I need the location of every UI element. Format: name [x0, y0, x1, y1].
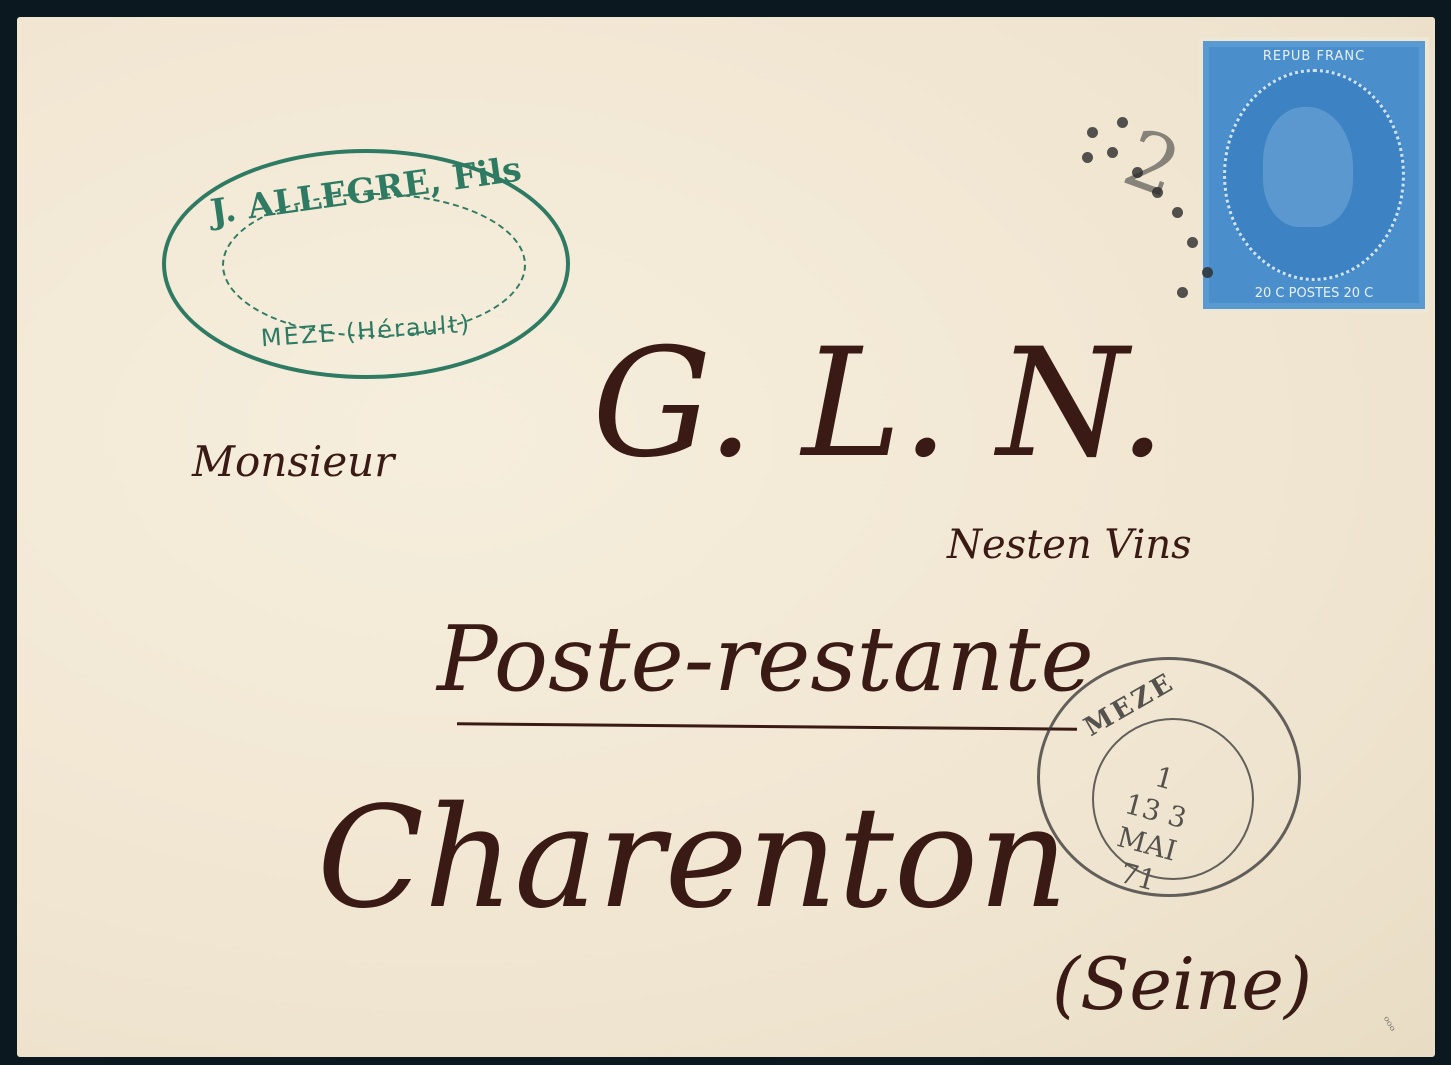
recipient: G. L. N.: [592, 317, 1166, 491]
postage-stamp: REPUB FRANC 20 C POSTES 20 C: [1203, 41, 1425, 309]
delivery-instruction: Poste-restante: [437, 607, 1094, 712]
corner-mark: ᵒᵒᵒ: [1376, 1014, 1398, 1036]
firm-handstamp: J. ALLEGRE, Fils MÈZE (Hérault): [162, 149, 570, 379]
recipient-note: Nesten Vins: [947, 522, 1192, 568]
department: (Seine): [1052, 942, 1312, 1026]
dotted-obliteration: [1077, 107, 1227, 307]
salutation: Monsieur: [192, 437, 394, 486]
stamp-bottom-text: 20 C POSTES 20 C: [1209, 286, 1419, 301]
city: Charenton: [317, 777, 1068, 940]
envelope: REPUB FRANC 20 C POSTES 20 C 2 J. ALLEGR…: [17, 17, 1435, 1057]
ceres-head-icon: [1263, 107, 1353, 227]
underline-stroke: [457, 722, 1077, 730]
stamp-top-text: REPUB FRANC: [1209, 49, 1419, 64]
circular-datestamp: MEZE 1 13 3 MAI 71: [1037, 657, 1301, 897]
